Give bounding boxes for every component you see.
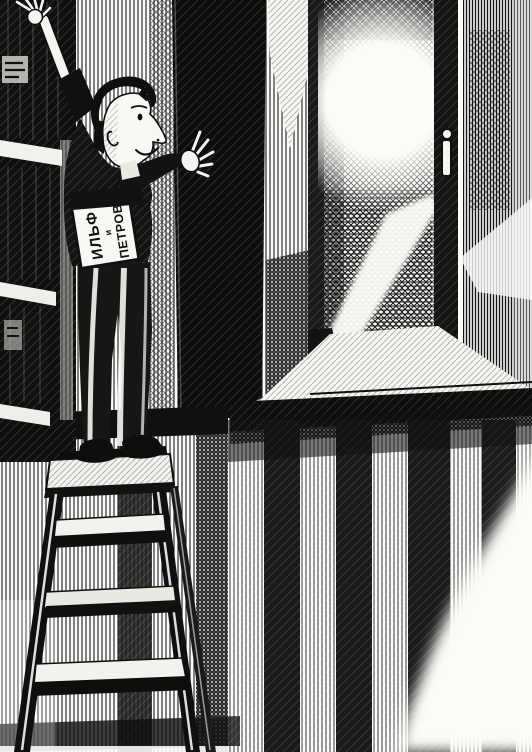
boy-eye: [138, 114, 143, 121]
curtain: [460, 0, 532, 392]
window-latch: [442, 123, 452, 176]
ink-drawing: ИЛЬФ и ПЕТРОВ: [0, 0, 532, 752]
illustration-canvas: ИЛЬФ и ПЕТРОВ: [0, 0, 532, 752]
